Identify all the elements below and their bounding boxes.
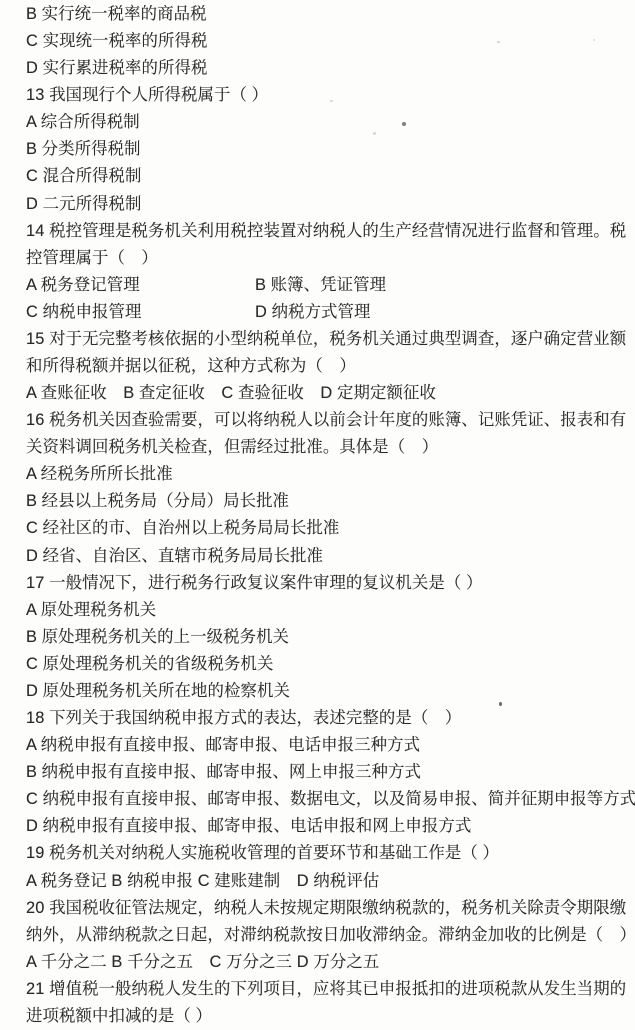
- q13-option-b: B 分类所得税制: [26, 136, 635, 163]
- q13-option-d: D 二元所得税制: [26, 191, 635, 218]
- q14-options-row-2-col2: D 纳税方式管理: [255, 299, 371, 326]
- q17-option-d: D 原处理税务机关所在地的检察机关: [26, 678, 635, 705]
- q17-option-a: A 原处理税务机关: [26, 597, 635, 624]
- q16-option-a: A 经税务所所长批准: [26, 461, 635, 488]
- q19-options: A 税务登记 B 纳税申报 C 建账建制 D 纳税评估: [26, 868, 635, 895]
- q21-stem-line-1: 21 增值税一般纳税人发生的下列项目，应将其已申报抵扣的进项税款从发生当期的: [26, 976, 635, 1003]
- q18-option-d: D 纳税申报有直接申报、邮寄申报、电话申报和网上申报方式: [26, 813, 635, 840]
- q14-stem-line-1: 14 税控管理是税务机关利用税控装置对纳税人的生产经营情况进行监督和管理。税: [26, 218, 635, 245]
- prev-question-option-b: B 实行统一税率的商品税: [26, 1, 635, 28]
- q14-options-row-1: A 税务登记管理B 账簿、凭证管理: [26, 272, 635, 299]
- prev-question-option-d: D 实行累进税率的所得税: [26, 55, 635, 82]
- q13-option-a: A 综合所得税制: [26, 109, 635, 136]
- q17-stem: 17 一般情况下，进行税务行政复议案件审理的复议机关是（ ）: [26, 570, 635, 597]
- question-lines: B 实行统一税率的商品税C 实现统一税率的所得税D 实行累进税率的所得税13 我…: [26, 1, 635, 1030]
- q13-option-c: C 混合所得税制: [26, 163, 635, 190]
- prev-question-option-c: C 实现统一税率的所得税: [26, 28, 635, 55]
- q17-option-b: B 原处理税务机关的上一级税务机关: [26, 624, 635, 651]
- scan-speckle: [497, 41, 500, 43]
- q20-stem-line-2: 纳外，从滞纳税款之日起，对滞纳税款按日加收滞纳金。滞纳金加收的比例是（ ）: [26, 922, 635, 949]
- scan-speckle: [402, 122, 406, 126]
- q18-stem: 18 下列关于我国纳税申报方式的表达，表述完整的是（ ）: [26, 705, 635, 732]
- q15-stem-line-2: 和所得税额并据以征税，这种方式称为（ ）: [26, 353, 635, 380]
- q15-stem-line-1: 15 对于无完整考核依据的小型纳税单位，税务机关通过典型调查，逐户确定营业额: [26, 326, 635, 353]
- q14-options-row-1-col2: B 账簿、凭证管理: [255, 272, 386, 299]
- q20-options: A 千分之二 B 千分之五 C 万分之三 D 万分之五: [26, 949, 635, 976]
- q18-option-a: A 纳税申报有直接申报、邮寄申报、电话申报三种方式: [26, 732, 635, 759]
- q18-option-c: C 纳税申报有直接申报、邮寄申报、数据电文，以及简易申报、简并征期申报等方式: [26, 786, 635, 813]
- q13-stem: 13 我国现行个人所得税属于（ ）: [26, 82, 635, 109]
- q14-options-row-2-col1: C 纳税申报管理: [26, 303, 142, 321]
- q20-stem-line-1: 20 我国税收征管法规定，纳税人未按规定期限缴纳税款的，税务机关除责令期限缴: [26, 895, 635, 922]
- scan-speckle: [373, 132, 376, 135]
- q16-stem-line-1: 16 税务机关因查验需要，可以将纳税人以前会计年度的账簿、记账凭证、报表和有: [26, 407, 635, 434]
- q18-option-b: B 纳税申报有直接申报、邮寄申报、网上申报三种方式: [26, 759, 635, 786]
- q14-stem-line-2: 控管理属于（ ）: [26, 245, 635, 272]
- q16-option-b: B 经县以上税务局（分局）局长批准: [26, 488, 635, 515]
- scan-speckle: [330, 100, 333, 102]
- q15-options: A 查账征收 B 查定征收 C 查验征收 D 定期定额征收: [26, 380, 635, 407]
- q16-stem-line-2: 关资料调回税务机关检查，但需经过批准。具体是（ ）: [26, 434, 635, 461]
- scanned-exam-page: B 实行统一税率的商品税C 实现统一税率的所得税D 实行累进税率的所得税13 我…: [0, 0, 635, 1030]
- q21-stem-line-2: 进项税额中扣减的是（ ）: [26, 1003, 635, 1030]
- q14-options-row-1-col1: A 税务登记管理: [26, 276, 140, 294]
- scan-speckle: [499, 702, 502, 706]
- q17-option-c: C 原处理税务机关的省级税务机关: [26, 651, 635, 678]
- scan-speckle: [593, 39, 595, 41]
- q19-stem: 19 税务机关对纳税人实施税收管理的首要环节和基础工作是（ ）: [26, 840, 635, 867]
- q14-options-row-2: C 纳税申报管理D 纳税方式管理: [26, 299, 635, 326]
- q16-option-d: D 经省、自治区、直辖市税务局局长批准: [26, 543, 635, 570]
- q16-option-c: C 经社区的市、自治州以上税务局局长批准: [26, 515, 635, 542]
